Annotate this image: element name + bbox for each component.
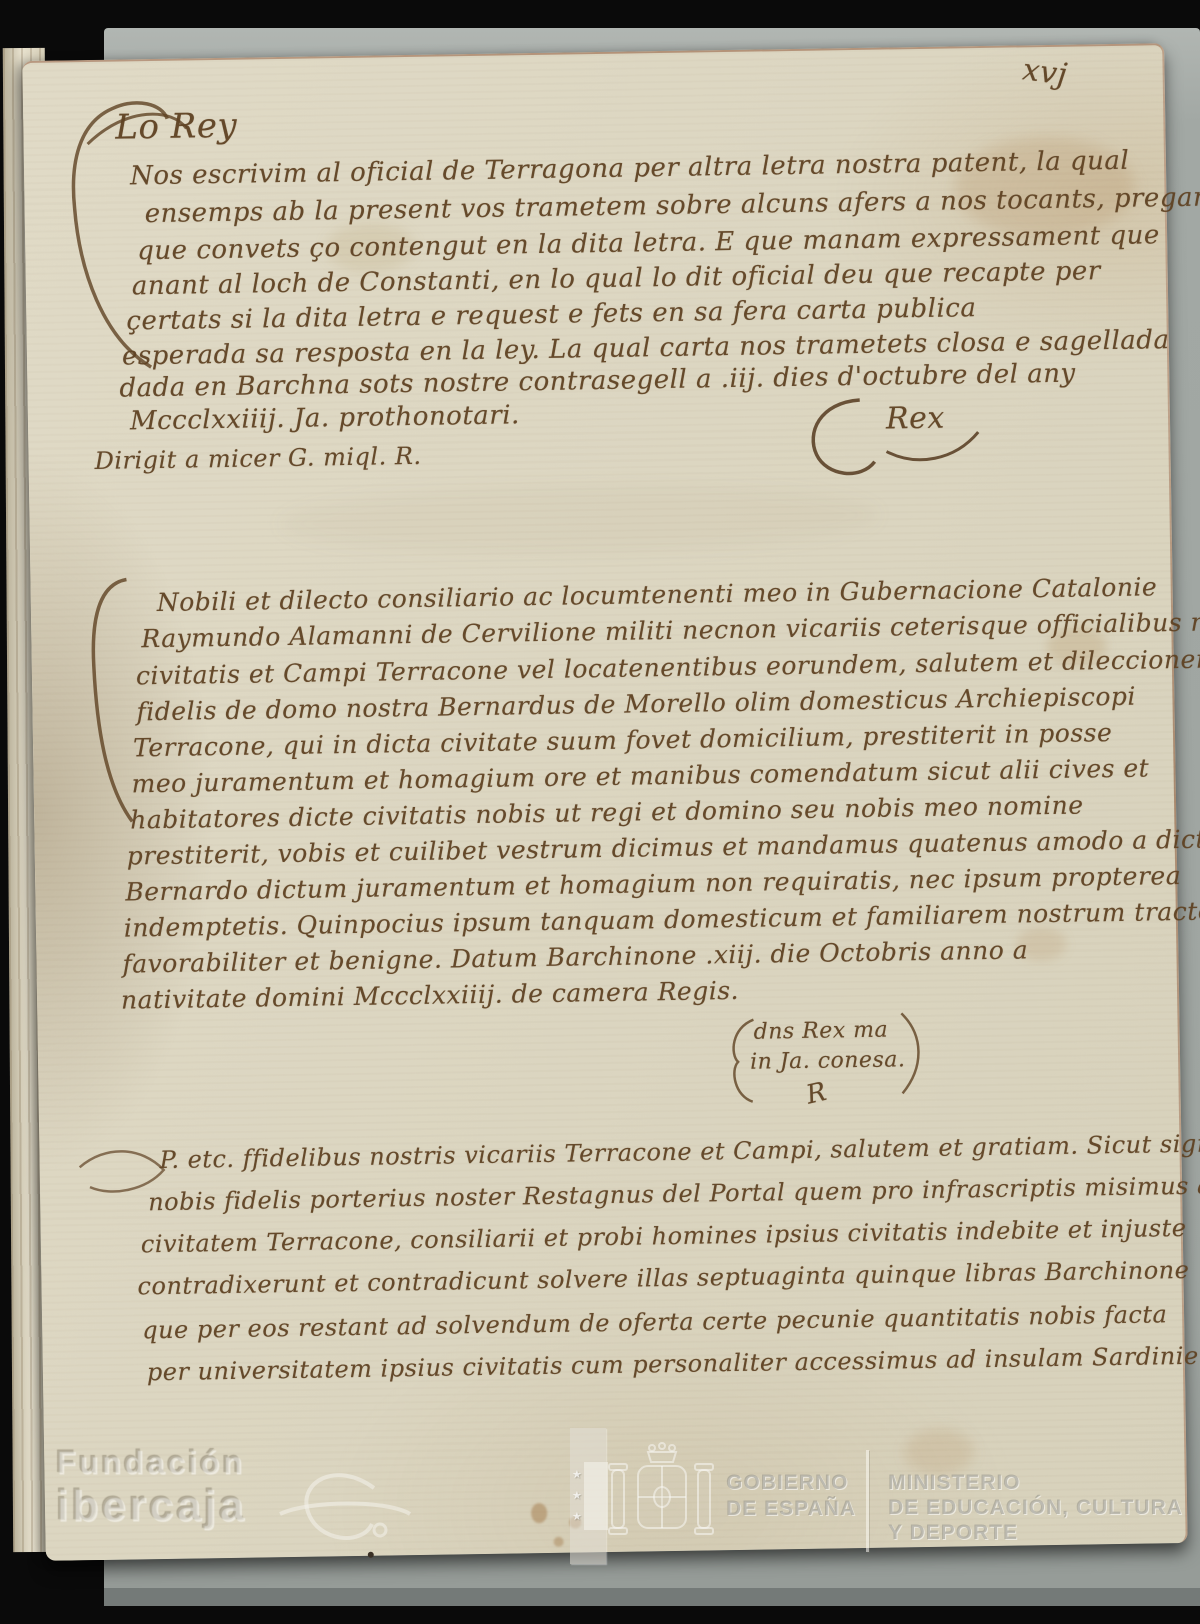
manuscript-page: xvj Lo Rey Nos escrivim al oficial de Te… <box>22 43 1187 1561</box>
manuscript-line: civitatem Terracone, consiliarii et prob… <box>141 1214 1187 1258</box>
manuscript-line: nobis fidelis porterius noster Restagnus… <box>148 1171 1200 1216</box>
chancery-note-line: in Ja. conesa. <box>750 1047 906 1074</box>
ministry-watermark: MINISTERIO DE EDUCACIÓN, CULTURA Y DEPOR… <box>888 1470 1183 1545</box>
foundation-name-line: Fundación <box>56 1446 246 1478</box>
manuscript-line: P. etc. ffidelibus nostris vicariis Terr… <box>159 1128 1200 1174</box>
star-icon: ★ <box>572 1468 582 1481</box>
government-watermark: GOBIERNO DE ESPAÑA <box>726 1470 856 1522</box>
folio-number: xvj <box>1021 52 1070 92</box>
verso-bleedthrough <box>279 480 880 559</box>
ministry-line: MINISTERIO <box>888 1470 1183 1495</box>
foundation-name-line: ibercaja <box>56 1484 246 1528</box>
spain-coat-of-arms-icon <box>600 1440 720 1560</box>
foundation-watermark: Fundación ibercaja <box>56 1446 246 1528</box>
ibercaja-swirl-icon <box>276 1466 416 1561</box>
scanner-backdrop-edge <box>104 1588 1200 1606</box>
star-icon: ★ <box>572 1510 582 1523</box>
address-docket: Dirigit a micer G. miql. R. <box>94 442 421 475</box>
ministry-line: Y DEPORTE <box>888 1520 1183 1545</box>
registration-paraph: R <box>804 1077 830 1111</box>
note-flourish-icon <box>895 1007 930 1100</box>
ministry-line: DE EDUCACIÓN, CULTURA <box>888 1495 1183 1520</box>
star-icon: ★ <box>572 1489 582 1502</box>
ink-droplet <box>531 1503 547 1523</box>
manuscript-line: favorabiliter et benigne. Datum Barchino… <box>122 935 1028 978</box>
manuscript-line: que per eos restant ad solvendum de ofer… <box>142 1300 1167 1344</box>
manuscript-line: per universitatem ipsius civitatis cum p… <box>147 1341 1200 1386</box>
photograph-frame: xvj Lo Rey Nos escrivim al oficial de Te… <box>0 0 1200 1624</box>
stars-column: ★ ★ ★ <box>572 1468 582 1523</box>
government-line: GOBIERNO <box>726 1470 856 1496</box>
letter-heading: Lo Rey <box>115 106 237 148</box>
paragraph-flourish-icon <box>82 573 138 829</box>
chancery-note-line: dns Rex ma <box>753 1018 888 1045</box>
watermark-divider <box>866 1450 869 1552</box>
manuscript-line: contradixerunt et contradicunt solvere i… <box>137 1256 1189 1301</box>
royal-signature: Rex <box>886 401 945 437</box>
ink-droplet <box>554 1537 564 1547</box>
government-line: DE ESPAÑA <box>726 1496 856 1522</box>
manuscript-line: nativitate domini Mccclxxiiij. de camera… <box>121 976 739 1015</box>
manuscript-line: Mccclxxiiij. Ja. prothonotari. <box>130 400 520 436</box>
parchment-stain <box>904 1428 975 1475</box>
